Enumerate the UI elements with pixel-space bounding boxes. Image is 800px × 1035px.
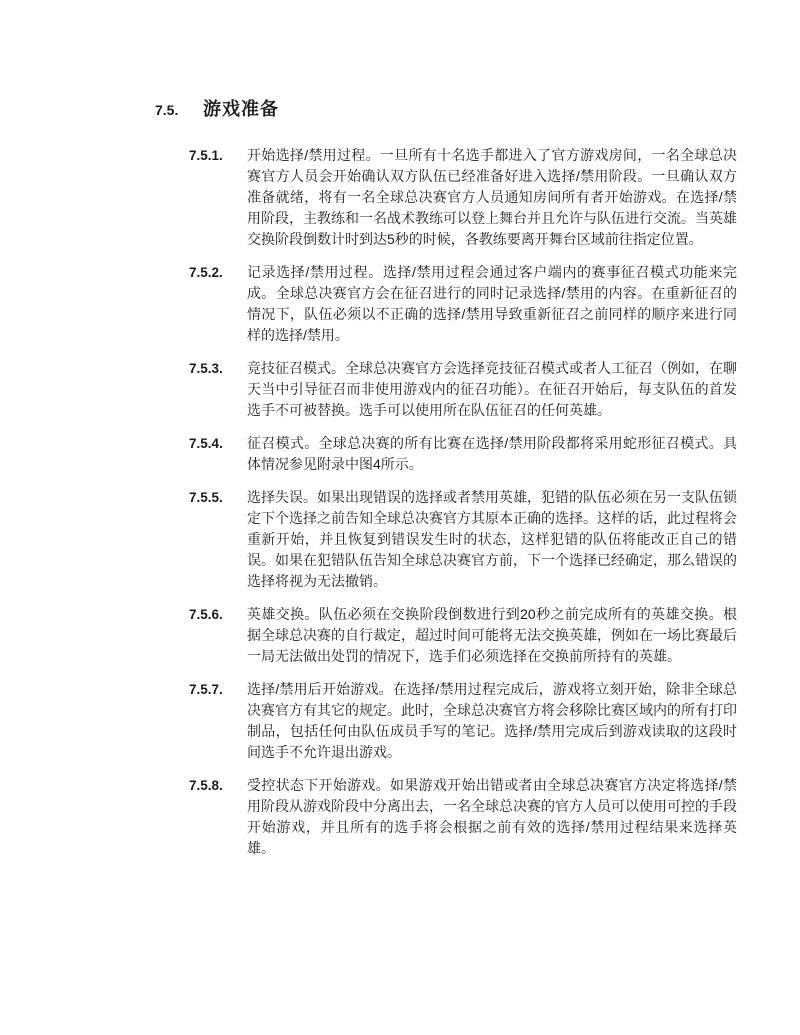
section-heading: 7.5. 游戏准备 (155, 95, 800, 121)
rule-text: 竞技征召模式。全球总决赛官方会选择竞技征召模式或者人工征召（例如，在聊天当中引导… (247, 358, 737, 421)
rule-number: 7.5.1. (189, 145, 247, 250)
section-7-5: 7.5. 游戏准备 7.5.1. 开始选择/禁用过程。一旦所有十名选手都进入了官… (0, 95, 800, 859)
rule-item-7-5-2: 7.5.2. 记录选择/禁用过程。选择/禁用过程会通过客户端内的赛事征召模式功能… (189, 262, 738, 346)
section-number: 7.5. (155, 102, 203, 118)
rule-text: 选择失误。如果出现错误的选择或者禁用英雄，犯错的队伍必须在另一支队伍锁定下个选择… (247, 487, 737, 592)
rule-number: 7.5.3. (189, 358, 247, 421)
rule-number: 7.5.7. (189, 679, 247, 763)
rule-number: 7.5.5. (189, 487, 247, 592)
rule-number: 7.5.4. (189, 433, 247, 475)
rule-item-7-5-5: 7.5.5. 选择失误。如果出现错误的选择或者禁用英雄，犯错的队伍必须在另一支队… (189, 487, 738, 592)
rule-text: 英雄交换。队伍必须在交换阶段倒数进行到20秒之前完成所有的英雄交换。根据全球总决… (247, 604, 737, 667)
rule-text: 征召模式。全球总决赛的所有比赛在选择/禁用阶段都将采用蛇形征召模式。具体情况参见… (247, 433, 737, 475)
rule-text: 受控状态下开始游戏。如果游戏开始出错或者由全球总决赛官方决定将选择/禁用阶段从游… (247, 775, 737, 859)
document-page: 7.5. 游戏准备 7.5.1. 开始选择/禁用过程。一旦所有十名选手都进入了官… (0, 0, 800, 1035)
rule-item-7-5-3: 7.5.3. 竞技征召模式。全球总决赛官方会选择竞技征召模式或者人工征召（例如，… (189, 358, 738, 421)
rule-text: 记录选择/禁用过程。选择/禁用过程会通过客户端内的赛事征召模式功能来完成。全球总… (247, 262, 737, 346)
section-title: 游戏准备 (203, 95, 279, 121)
rule-number: 7.5.6. (189, 604, 247, 667)
rule-item-7-5-1: 7.5.1. 开始选择/禁用过程。一旦所有十名选手都进入了官方游戏房间，一名全球… (189, 145, 738, 250)
rule-item-7-5-8: 7.5.8. 受控状态下开始游戏。如果游戏开始出错或者由全球总决赛官方决定将选择… (189, 775, 738, 859)
rule-item-7-5-7: 7.5.7. 选择/禁用后开始游戏。在选择/禁用过程完成后，游戏将立刻开始，除非… (189, 679, 738, 763)
rule-number: 7.5.8. (189, 775, 247, 859)
rule-text: 选择/禁用后开始游戏。在选择/禁用过程完成后，游戏将立刻开始，除非全球总决赛官方… (247, 679, 737, 763)
rule-item-7-5-6: 7.5.6. 英雄交换。队伍必须在交换阶段倒数进行到20秒之前完成所有的英雄交换… (189, 604, 738, 667)
rule-text: 开始选择/禁用过程。一旦所有十名选手都进入了官方游戏房间，一名全球总决赛官方人员… (247, 145, 737, 250)
rule-item-7-5-4: 7.5.4. 征召模式。全球总决赛的所有比赛在选择/禁用阶段都将采用蛇形征召模式… (189, 433, 738, 475)
rule-number: 7.5.2. (189, 262, 247, 346)
